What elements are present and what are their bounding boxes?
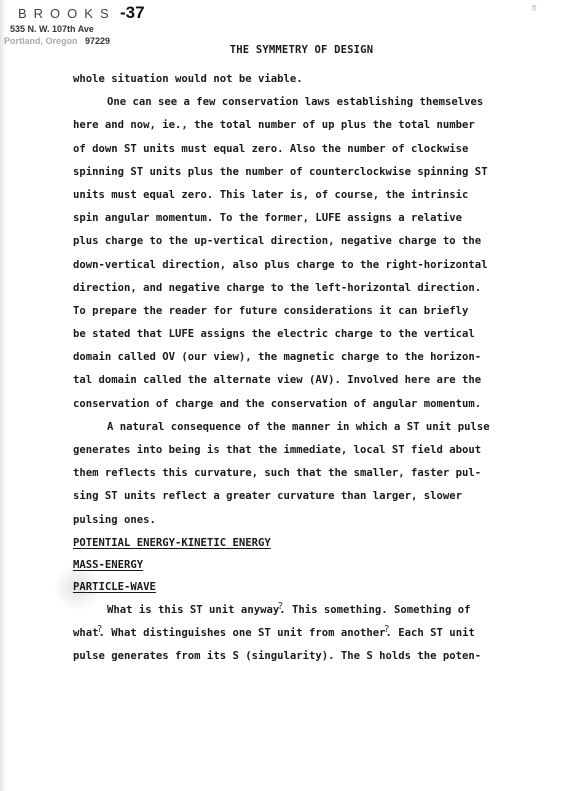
text-line: domain called OV (our view), the magneti… [73, 346, 543, 369]
text-line: tal domain called the alternate view (AV… [73, 369, 543, 392]
text-line: sing ST units reflect a greater curvatur… [73, 485, 543, 508]
scan-left-edge [0, 0, 6, 791]
text-line: To prepare the reader for future conside… [73, 300, 543, 323]
text-line: What is this ST unit anyway. This someth… [73, 599, 543, 622]
text-line: of down ST units must equal zero. Also t… [73, 138, 543, 161]
corner-mark: ff [532, 4, 536, 13]
text-line: direction, and negative charge to the le… [73, 277, 543, 300]
text-line: pulse generates from its S (singularity)… [73, 645, 543, 668]
text-line: be stated that LUFE assigns the electric… [73, 323, 543, 346]
document-body: whole situation would not be viable.One … [73, 68, 543, 668]
text-line: A natural consequence of the manner in w… [73, 416, 543, 439]
handwritten-question-mark: . This something. Something of [279, 604, 470, 616]
page-number: -37 [120, 3, 145, 23]
section-heading: POTENTIAL ENERGY-KINETIC ENERGY [73, 532, 543, 554]
document-title: THE SYMMETRY OF DESIGN [0, 44, 575, 56]
handwritten-question-mark: . Each ST unit [386, 627, 475, 639]
text-line: plus charge to the up-vertical direction… [73, 230, 543, 253]
text-line: units must equal zero. This later is, of… [73, 184, 543, 207]
section-heading: PARTICLE-WAVE [73, 576, 543, 598]
paragraph-block: whole situation would not be viable.One … [73, 68, 543, 532]
text-line: them reflects this curvature, such that … [73, 462, 543, 485]
text-line: One can see a few conservation laws esta… [73, 91, 543, 114]
text-line: conservation of charge and the conservat… [73, 393, 543, 416]
handwritten-question-mark: . What distinguishes one ST unit from an… [99, 627, 386, 639]
text-line: spin angular momentum. To the former, LU… [73, 207, 543, 230]
section-heading: MASS-ENERGY [73, 554, 543, 576]
stamp-name: BROOKS [18, 6, 116, 21]
text-line: generates into being is that the immedia… [73, 439, 543, 462]
text-line: whole situation would not be viable. [73, 68, 543, 91]
stamp-address: 535 N. W. 107th Ave [10, 24, 94, 34]
text-line: down-vertical direction, also plus charg… [73, 254, 543, 277]
text-line: here and now, ie., the total number of u… [73, 114, 543, 137]
text-line: pulsing ones. [73, 509, 543, 532]
text-line: spinning ST units plus the number of cou… [73, 161, 543, 184]
text-line: what. What distinguishes one ST unit fro… [73, 622, 543, 645]
